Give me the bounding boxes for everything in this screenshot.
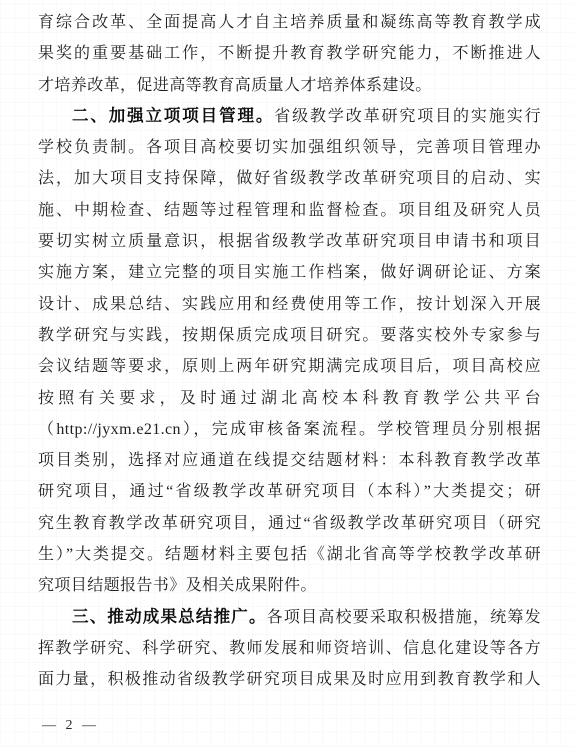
text-line: 究项目结题报告书》及相关成果附件。: [38, 570, 541, 601]
text-line: 会议结题等要求，原则上两年研究期满完成项目后，项目高校应: [38, 351, 541, 382]
text-line: 要切实树立质量意识，根据省级教学改革研究项目申请书和项目: [38, 226, 541, 257]
text-line: 教学研究与实践，按期保质完成项目研究。要落实校外专家参与: [38, 320, 541, 351]
document-page: 育综合改革、全面提高人才自主培养质量和凝练高等教育教学成 果奖的重要基础工作，不…: [0, 0, 574, 747]
text-line: 按照有关要求，及时通过湖北高校本科教育教学公共平台: [38, 383, 541, 414]
text-line: 育综合改革、全面提高人才自主培养质量和凝练高等教育教学成: [38, 7, 541, 38]
text-line: 生）”大类提交。结题材料主要包括《湖北省高等学校教学改革研: [38, 539, 541, 570]
section-2-heading: 二、加强立项项目管理。: [72, 107, 274, 125]
text-line: 究生教育教学改革研究项目，通过“省级教学改革研究项目（研究: [38, 508, 541, 539]
text-line: 法，加大项目支持保障，做好省级教学改革研究项目的启动、实: [38, 163, 541, 194]
text-line: 实施方案，建立完整的项目实施工作档案，做好调研论证、方案: [38, 257, 541, 288]
text-line-section-2-start: 二、加强立项项目管理。省级教学改革研究项目的实施实行: [38, 101, 541, 132]
section-2-first-line-text: 省级教学改革研究项目的实施实行: [274, 108, 541, 125]
text-line: 才培养改革，促进高等教育高质量人才培养体系建设。: [38, 70, 541, 101]
section-3-heading: 三、推动成果总结推广。: [72, 608, 267, 626]
text-line: 设计、成果总结、实践应用和经费使用等工作，按计划深入开展: [38, 289, 541, 320]
text-line: 挥教学研究、科学研究、教师发展和师资培训、信息化建设等各方: [38, 633, 541, 664]
section-3-first-line-text: 各项目高校要采取积极措施，统筹发: [267, 609, 541, 626]
text-line: 果奖的重要基础工作，不断提升教育教学研究能力，不断推进人: [38, 38, 541, 69]
text-line: 面力量，积极推动省级教学研究项目成果及时应用到教育教学和人: [38, 664, 541, 695]
document-body: 育综合改革、全面提高人才自主培养质量和凝练高等教育教学成 果奖的重要基础工作，不…: [38, 7, 541, 696]
text-line-section-3-start: 三、推动成果总结推广。各项目高校要采取积极措施，统筹发: [38, 602, 541, 633]
text-line: 研究项目，通过“省级教学改革研究项目（本科）”大类提交；研: [38, 476, 541, 507]
text-line: 学校负责制。各项目高校要切实加强组织领导，完善项目管理办: [38, 132, 541, 163]
page-number: — 2 —: [42, 718, 99, 734]
text-line: 项目类别，选择对应通道在线提交结题材料：本科教育教学改革: [38, 445, 541, 476]
text-line: 施、中期检查、结题等过程管理和监督检查。项目组及研究人员: [38, 195, 541, 226]
text-line-with-url: （http://jyxm.e21.cn），完成审核备案流程。学校管理员分别根据: [38, 414, 541, 445]
